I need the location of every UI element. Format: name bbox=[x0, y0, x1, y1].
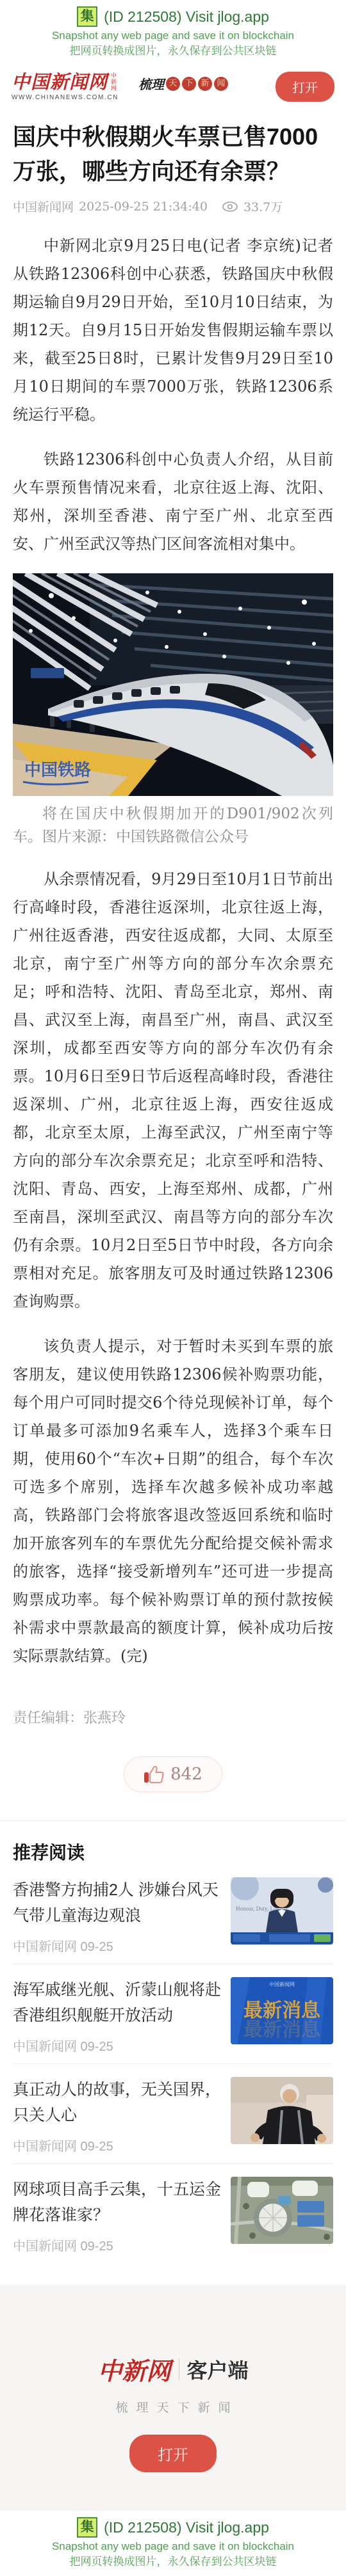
svg-text:最新消息: 最新消息 bbox=[243, 2019, 321, 2040]
site-slogan-seals: 梳理 天 下 新 闻 bbox=[138, 74, 228, 93]
recommended-section: 推荐阅读 香港警方拘捕2人 涉嫌台风天气带儿童海边观浪 中国新闻网 09-25 … bbox=[0, 1839, 346, 2263]
thumb-up-icon bbox=[144, 1765, 165, 1784]
svg-text:最新消息: 最新消息 bbox=[243, 2000, 321, 2021]
site-logo[interactable]: 中国新闻网 中新网 WWW.CHINANEWS.COM.CN bbox=[12, 72, 129, 101]
recommended-item-title: 真正动人的故事，无关国界，只关人心 bbox=[13, 2077, 222, 2128]
slogan-prefix: 梳理 bbox=[138, 74, 164, 93]
eye-icon bbox=[222, 201, 238, 212]
snapshot-banner-subtitle-cn: 把网页转换成图片，永久保存到公共区块链 bbox=[0, 2555, 346, 2568]
article-source: 中国新闻网 bbox=[13, 198, 74, 215]
recommended-item[interactable]: 海军戚继光舰、沂蒙山舰将赴香港组织舰艇开放活动 中国新闻网 09-25 中国新闻… bbox=[13, 1964, 333, 2063]
site-logo-text: 中国新闻网 bbox=[12, 72, 108, 91]
recommended-item[interactable]: 香港警方拘捕2人 涉嫌台风天气带儿童海边观浪 中国新闻网 09-25 Honou… bbox=[13, 1864, 333, 1964]
article-title: 国庆中秋假期火车票已售7000万张，哪些方向还有余票？ bbox=[13, 120, 333, 189]
app-logo-text-black: 客户端 bbox=[187, 2355, 249, 2384]
recommended-item-source: 中国新闻网 09-25 bbox=[13, 2028, 222, 2055]
snapshot-banner-link[interactable]: (ID 212508) Visit jlog.app bbox=[104, 2519, 269, 2536]
seal-char-icon: 闻 bbox=[214, 77, 228, 91]
article-paragraph: 中新网北京9月25日电(记者 李京统)记者从铁路12306科创中心获悉，铁路国庆… bbox=[13, 232, 333, 429]
page: 集 (ID 212508) Visit jlog.app Snapshot an… bbox=[0, 0, 346, 2576]
article-datetime: 2025-09-25 21:34:40 bbox=[79, 200, 208, 214]
snapshot-banner-subtitle-en: Snapshot any web page and save it on blo… bbox=[0, 2540, 346, 2553]
thumbnail-press-conference: Honour, Duty, Loyalty bbox=[231, 1877, 333, 1944]
article: 国庆中秋假期火车票已售7000万张，哪些方向还有余票？ 中国新闻网 2025-0… bbox=[0, 120, 346, 1792]
recommended-item-title: 香港警方拘捕2人 涉嫌台风天气带儿童海边观浪 bbox=[13, 1877, 222, 1928]
recommended-item-source: 中国新闻网 09-25 bbox=[13, 2128, 222, 2154]
seal-char-icon: 下 bbox=[182, 77, 196, 91]
svg-text:中国新闻网: 中国新闻网 bbox=[269, 1981, 295, 1987]
image-caption: 将在国庆中秋假期加开的D901/902次列车。图片来源：中国铁路微信公众号 bbox=[13, 802, 333, 848]
site-url: WWW.CHINANEWS.COM.CN bbox=[12, 94, 129, 101]
open-app-button-header[interactable]: 打开 bbox=[276, 72, 334, 102]
editor-credit: 责任编辑：张燕玲 bbox=[13, 1707, 333, 1727]
recommended-item-source: 中国新闻网 09-25 bbox=[13, 1928, 222, 1955]
like-count: 842 bbox=[170, 1765, 202, 1784]
recommended-item-title: 网球项目高手云集，十五运金牌花落谁家？ bbox=[13, 2177, 222, 2228]
snapshot-banner-subtitle-cn: 把网页转换成图片，永久保存到公共区块链 bbox=[0, 44, 346, 58]
site-logo-side-text: 中新网 bbox=[110, 72, 117, 91]
site-header: 中国新闻网 中新网 WWW.CHINANEWS.COM.CN 梳理 天 下 新 … bbox=[0, 65, 346, 111]
article-paragraph: 该负责人提示，对于暂时未买到车票的旅客朋友，建议使用铁路12306候补购票功能，… bbox=[13, 1332, 333, 1670]
app-footer: 中新网 客户端 梳理天下新闻 打开 bbox=[0, 2285, 346, 2511]
thumbnail-stadium-aerial bbox=[231, 2177, 333, 2244]
recommended-item-title: 海军戚继光舰、沂蒙山舰将赴香港组织舰艇开放活动 bbox=[13, 1977, 222, 2028]
thumbnail-elderly-man bbox=[231, 2077, 333, 2144]
logo-separator bbox=[179, 2358, 179, 2380]
snapshot-banner-bottom: 集 (ID 212508) Visit jlog.app Snapshot an… bbox=[0, 2511, 346, 2576]
thumbnail-latest-news: 中国新闻网 最新消息 最新消息 bbox=[231, 1977, 333, 2044]
snapshot-banner-link[interactable]: (ID 212508) Visit jlog.app bbox=[104, 8, 269, 26]
article-paragraph: 铁路12306科创中心负责人介绍，从目前火车票预售情况来看，北京往返上海、沈阳、… bbox=[13, 445, 333, 558]
app-footer-tagline: 梳理天下新闻 bbox=[0, 2398, 346, 2415]
seal-char-icon: 天 bbox=[166, 77, 180, 91]
article-figure: 中国铁路 将在国庆中秋假期加开的D901/902次列车。图片来源：中国铁路微信公… bbox=[13, 573, 333, 848]
open-app-button-footer[interactable]: 打开 bbox=[129, 2435, 217, 2472]
snapshot-banner-subtitle-en: Snapshot any web page and save it on blo… bbox=[0, 29, 346, 42]
recommended-item-source: 中国新闻网 09-25 bbox=[13, 2228, 222, 2254]
article-paragraph: 从余票情况看，9月29日至10月1日节前出行高峰时段，香港往返深圳，北京往返上海… bbox=[13, 865, 333, 1316]
article-byline: 中国新闻网 2025-09-25 21:34:40 33.7万 bbox=[13, 198, 333, 215]
recommended-item[interactable]: 网球项目高手云集，十五运金牌花落谁家？ 中国新闻网 09-25 bbox=[13, 2164, 333, 2263]
like-button[interactable]: 842 bbox=[124, 1756, 222, 1792]
snapshot-stamp-icon: 集 bbox=[77, 6, 97, 27]
app-footer-logo: 中新网 客户端 bbox=[0, 2351, 346, 2387]
read-count: 33.7万 bbox=[243, 198, 283, 215]
app-logo-text-red: 中新网 bbox=[97, 2351, 170, 2387]
seal-char-icon: 新 bbox=[198, 77, 212, 91]
recommended-item[interactable]: 真正动人的故事，无关国界，只关人心 中国新闻网 09-25 bbox=[13, 2064, 333, 2163]
snapshot-banner-top: 集 (ID 212508) Visit jlog.app Snapshot an… bbox=[0, 0, 346, 65]
snapshot-stamp-icon: 集 bbox=[77, 2517, 97, 2538]
section-divider bbox=[0, 1820, 346, 1821]
recommended-heading: 推荐阅读 bbox=[13, 1839, 333, 1864]
svg-text:中国铁路: 中国铁路 bbox=[24, 760, 91, 779]
article-image-train: 中国铁路 bbox=[13, 573, 333, 796]
